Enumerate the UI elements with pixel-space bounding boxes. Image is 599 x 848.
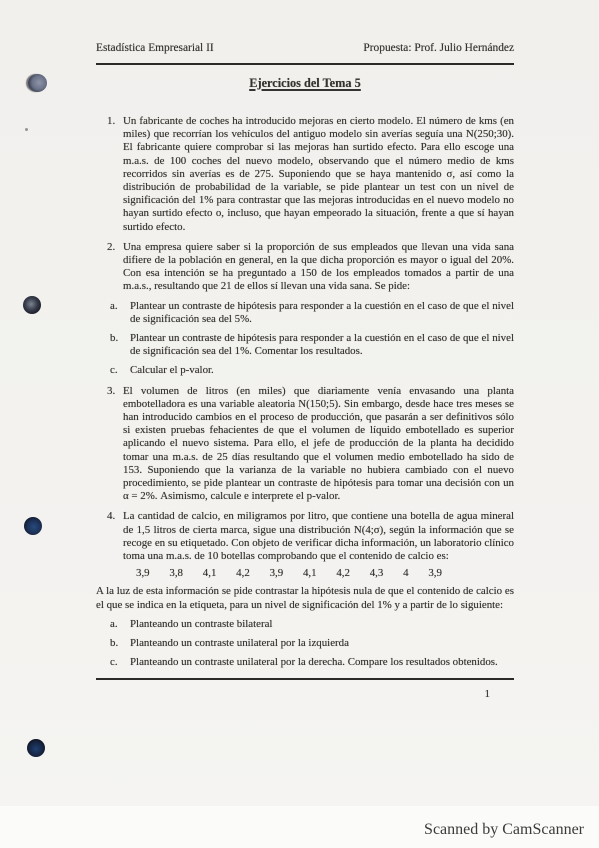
- document-content: Estadística Empresarial II Propuesta: Pr…: [96, 0, 514, 700]
- subitem-2c: c. Calcular el p-valor.: [110, 364, 514, 377]
- data-value: 3,9: [136, 567, 150, 579]
- exercise-number: 2.: [96, 241, 123, 294]
- subitem-4a: a. Planteando un contraste bilateral: [110, 618, 514, 631]
- data-value: 3,9: [270, 567, 284, 579]
- subitem-text: Plantear un contraste de hipótesis para …: [130, 300, 514, 326]
- page-number: 1: [96, 688, 514, 700]
- subitem-label: c.: [110, 656, 130, 669]
- header-rule: [96, 63, 514, 65]
- subitem-label: a.: [110, 618, 130, 631]
- data-value: 4,3: [370, 567, 384, 579]
- exercise-number: 4.: [96, 510, 123, 563]
- exercise-text: Una empresa quiere saber si la proporció…: [123, 241, 514, 294]
- data-value: 3,8: [169, 567, 183, 579]
- course-title: Estadística Empresarial II: [96, 42, 214, 54]
- ink-blot-1: [28, 74, 47, 92]
- data-value: 4,2: [236, 567, 250, 579]
- camscanner-strip: Scanned by CamScanner: [0, 806, 599, 848]
- subitem-4c: c. Planteando un contraste unilateral po…: [110, 656, 514, 669]
- scanned-document-page: Estadística Empresarial II Propuesta: Pr…: [0, 0, 599, 848]
- page-title: Ejercicios del Tema 5: [96, 76, 514, 91]
- exercise-text: Un fabricante de coches ha introducido m…: [123, 115, 514, 234]
- calcium-data-row: 3,9 3,8 4,1 4,2 3,9 4,1 4,2 4,3 4 3,9: [136, 567, 442, 579]
- subitem-text: Calcular el p-valor.: [130, 364, 514, 377]
- camscanner-watermark: Scanned by CamScanner: [424, 821, 584, 839]
- data-value: 4,1: [203, 567, 217, 579]
- exercise-item-4: 4. La cantidad de calcio, en miligramos …: [96, 510, 514, 563]
- footer-rule: [96, 678, 514, 680]
- subitem-2a: a. Plantear un contraste de hipótesis pa…: [110, 300, 514, 326]
- subitem-label: b.: [110, 637, 130, 650]
- data-value: 4: [403, 567, 408, 579]
- ink-blot-3: [24, 517, 42, 535]
- exercise-text: La cantidad de calcio, en miligramos por…: [123, 510, 514, 563]
- exercise-number: 3.: [96, 385, 123, 504]
- subitem-text: Planteando un contraste bilateral: [130, 618, 514, 631]
- data-value: 3,9: [428, 567, 442, 579]
- exercise-text: El volumen de litros (en miles) que diar…: [123, 385, 514, 504]
- document-header: Estadística Empresarial II Propuesta: Pr…: [96, 42, 514, 54]
- ink-blot-2: [23, 296, 41, 314]
- subitem-label: b.: [110, 332, 130, 358]
- subitem-2b: b. Plantear un contraste de hipótesis pa…: [110, 332, 514, 358]
- ink-blot-4: [27, 739, 45, 757]
- subitem-text: Plantear un contraste de hipótesis para …: [130, 332, 514, 358]
- ink-speck: [25, 128, 28, 131]
- exercise-item-2: 2. Una empresa quiere saber si la propor…: [96, 241, 514, 294]
- exercise-number: 1.: [96, 115, 123, 234]
- author-credit: Propuesta: Prof. Julio Hernández: [363, 42, 514, 54]
- data-value: 4,2: [336, 567, 350, 579]
- exercise-item-3: 3. El volumen de litros (en miles) que d…: [96, 385, 514, 504]
- subitem-label: c.: [110, 364, 130, 377]
- data-value: 4,1: [303, 567, 317, 579]
- exercise-4-continuation: A la luz de esta información se pide con…: [96, 585, 514, 611]
- subitem-text: Planteando un contraste unilateral por l…: [130, 656, 514, 669]
- subitem-text: Planteando un contraste unilateral por l…: [130, 637, 514, 650]
- exercise-item-1: 1. Un fabricante de coches ha introducid…: [96, 115, 514, 234]
- subitem-label: a.: [110, 300, 130, 326]
- subitem-4b: b. Planteando un contraste unilateral po…: [110, 637, 514, 650]
